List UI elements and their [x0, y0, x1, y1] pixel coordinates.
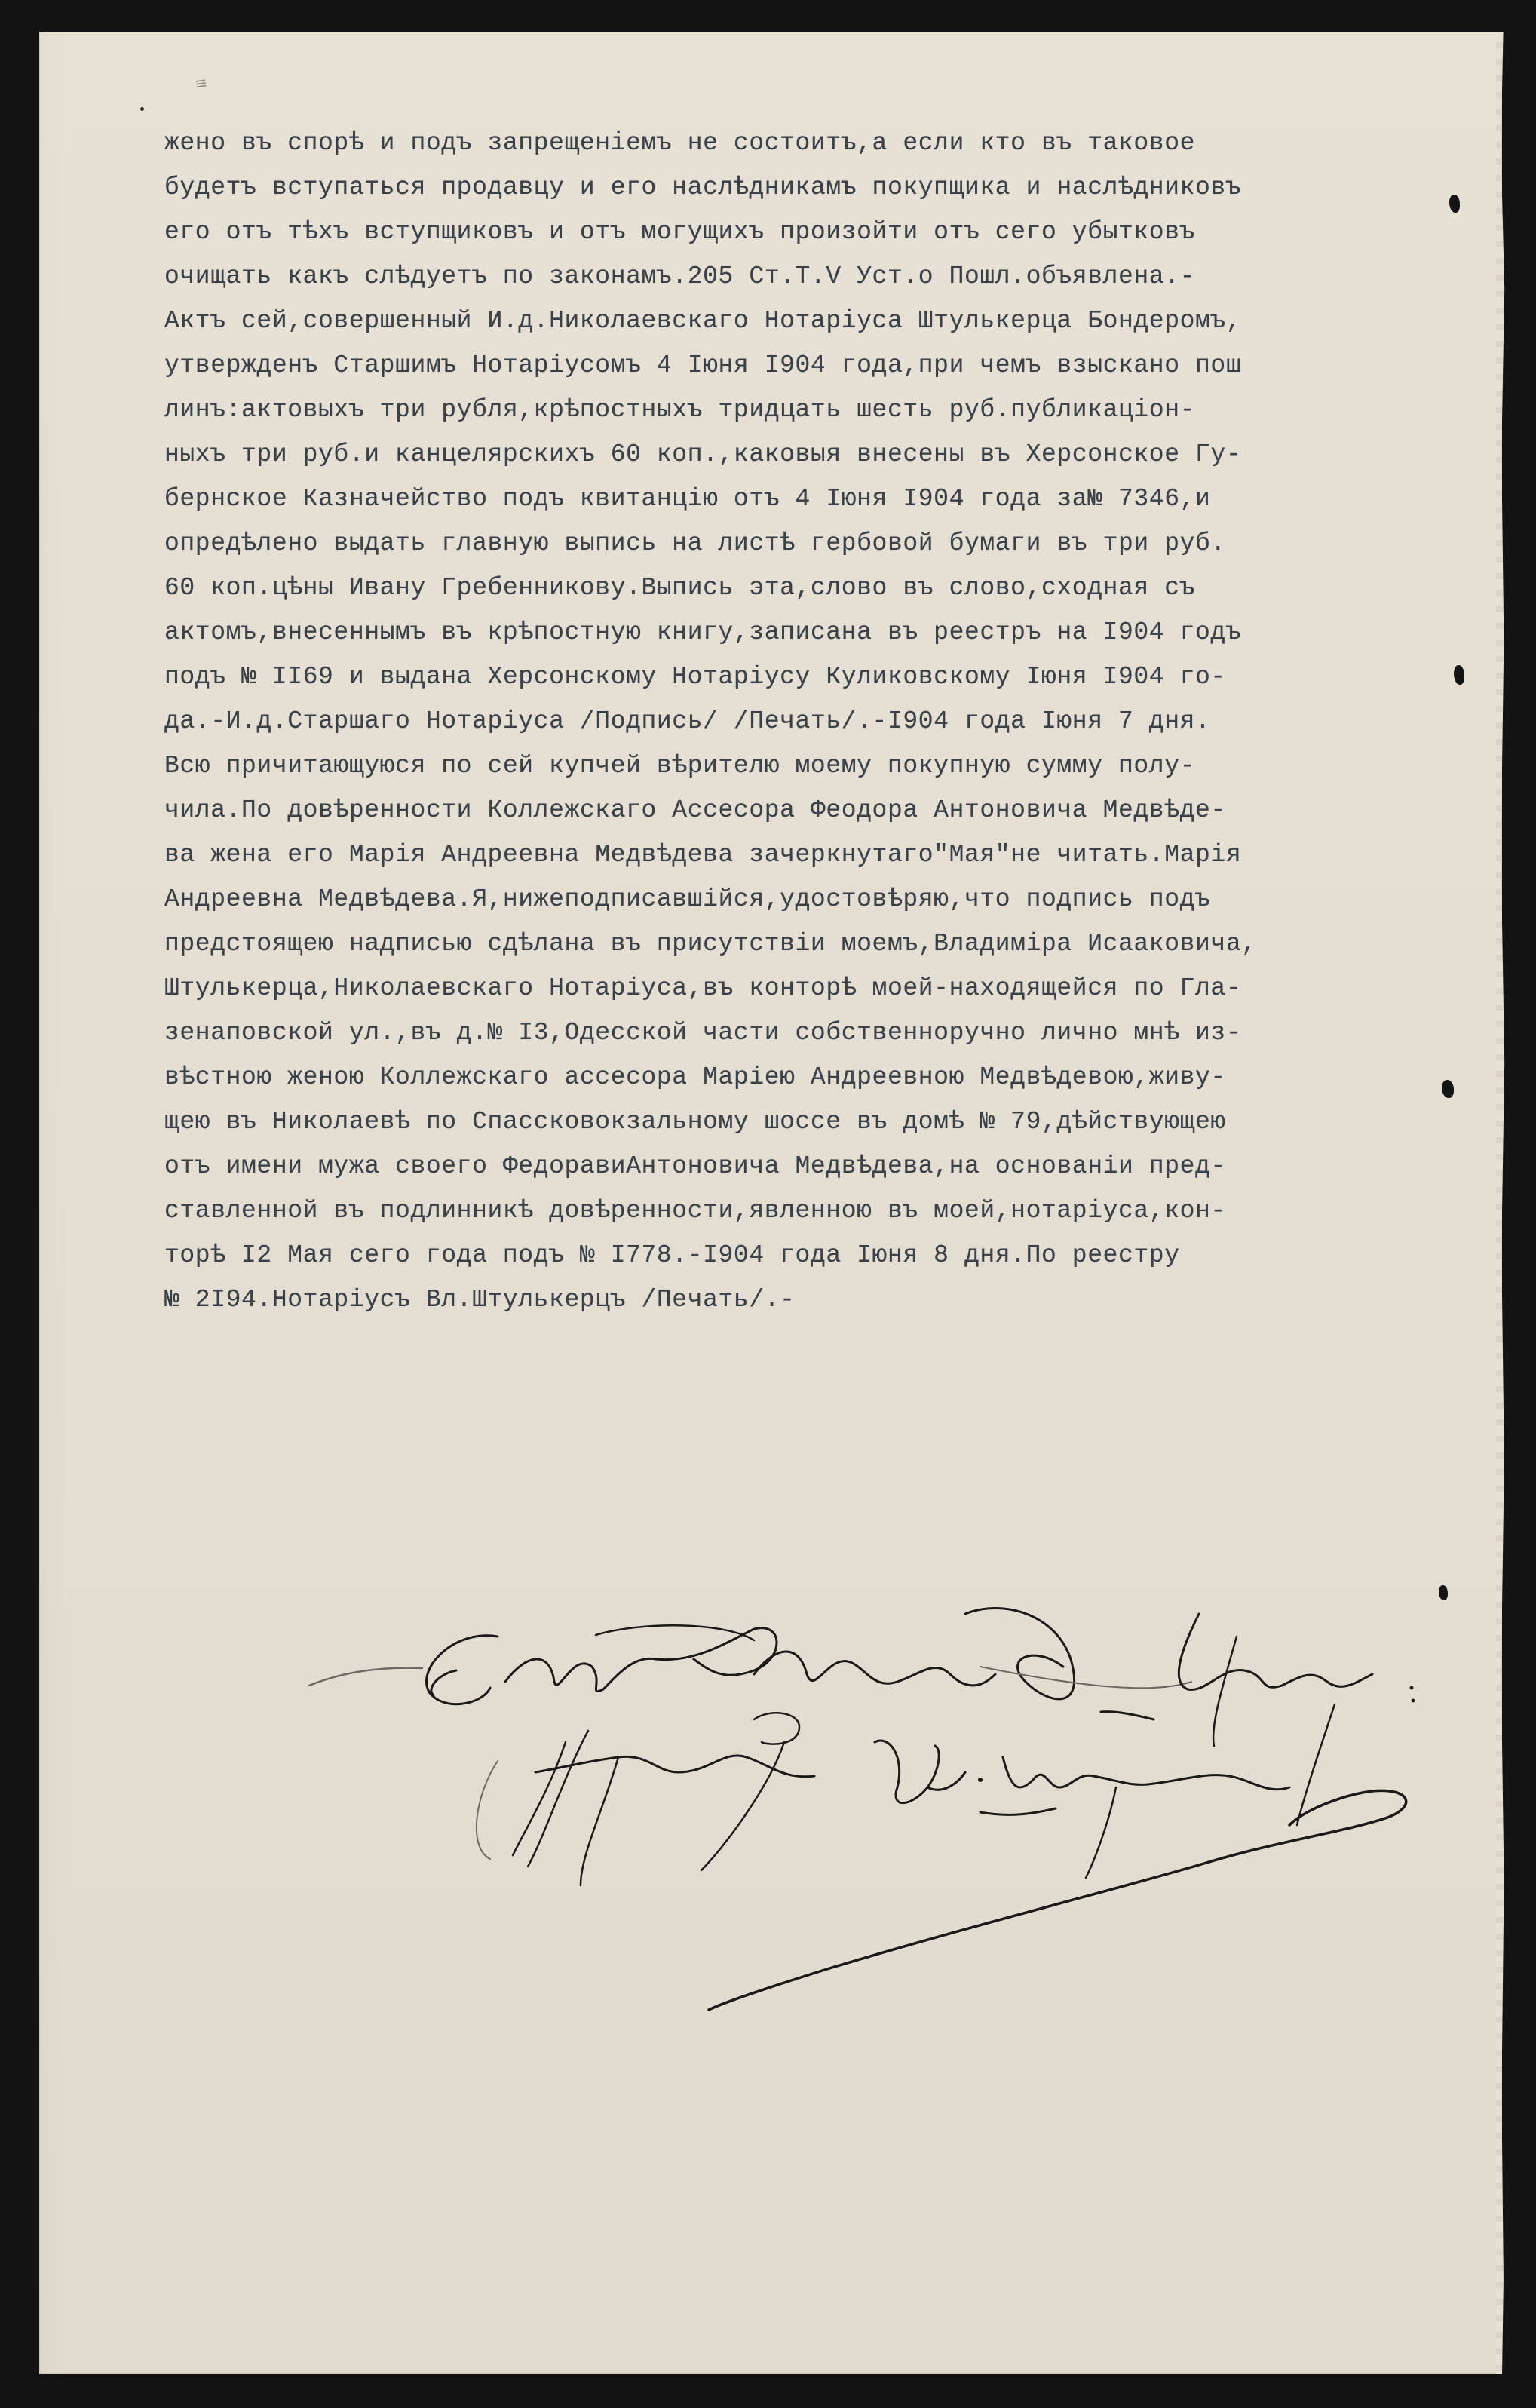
text-line: щею въ Николаевѣ по Спассковокзальному ш… [164, 1100, 1469, 1144]
text-line: очищать какъ слѣдуетъ по законамъ.205 Ст… [164, 254, 1469, 299]
text-line: ва жена его Марія Андреевна Медвѣдева за… [164, 833, 1469, 877]
text-line: зенаповской ул.,въ д.№ I3,Одесской части… [164, 1011, 1469, 1055]
text-line: бернское Казначейство подъ квитанцію отъ… [164, 477, 1469, 521]
text-line: ныхъ три руб.и канцелярскихъ 60 коп.,как… [164, 432, 1469, 477]
text-line: Всю причитающуюся по сей купчей вѣрителю… [164, 744, 1469, 788]
text-line: подъ № II69 и выдана Херсонскому Нотаріу… [164, 655, 1469, 699]
text-line: чила.По довѣренности Коллежскаго Ассесор… [164, 788, 1469, 833]
text-line: торѣ I2 Мая сего года подъ № I778.-I904 … [164, 1233, 1469, 1278]
handwritten-signature-block: С подлинником верно: Нотариус Вл. Штульк… [302, 1599, 1493, 2021]
text-line: предстоящею надписью сдѣлана въ присутст… [164, 922, 1469, 966]
text-line: Андреевна Медвѣдева.Я,нижеподписавшійся,… [164, 877, 1469, 922]
text-line: ставленной въ подлинникѣ довѣренности,яв… [164, 1189, 1469, 1233]
signature-strokes [302, 1599, 1493, 2021]
text-line: 60 коп.цѣны Ивану Гребенникову.Выпись эт… [164, 566, 1469, 610]
text-line: вѣстною женою Коллежскаго ассесора Маріе… [164, 1055, 1469, 1100]
text-line: линъ:актовыхъ три рубля,крѣпостныхъ трид… [164, 388, 1469, 432]
text-line: Актъ сей,совершенный И.д.Николаевскаго Н… [164, 299, 1469, 343]
text-line: жено въ спорѣ и подъ запрещеніемъ не сос… [164, 121, 1469, 165]
paper-hole [1439, 1585, 1448, 1600]
text-line: будетъ вступаться продавцу и его наслѣдн… [164, 165, 1469, 210]
text-line: опредѣлено выдать главную выпись на лист… [164, 521, 1469, 566]
text-line: да.-И.д.Старшаго Нотаріуса /Подпись/ /Пе… [164, 699, 1469, 744]
typewritten-body: жено въ спорѣ и подъ запрещеніемъ не сос… [164, 121, 1469, 1322]
text-line: отъ имени мужа своего ФедоравиАнтоновича… [164, 1144, 1469, 1189]
folio-mark: ≡ [193, 73, 208, 93]
text-line: актомъ,внесеннымъ въ крѣпостную книгу,за… [164, 610, 1469, 655]
notary-signature-text: Нотариус Вл. Штулькерц [302, 1599, 312, 1600]
text-line: № 2I94.Нотаріусъ Вл.Штулькерцъ /Печать/.… [164, 1278, 1469, 1322]
text-line: утвержденъ Старшимъ Нотаріусомъ 4 Іюня I… [164, 343, 1469, 388]
ink-speck [140, 107, 144, 111]
text-line: Штулькерца,Николаевскаго Нотаріуса,въ ко… [164, 966, 1469, 1011]
text-line: его отъ тѣхъ вступщиковъ и отъ могущихъ … [164, 210, 1469, 254]
